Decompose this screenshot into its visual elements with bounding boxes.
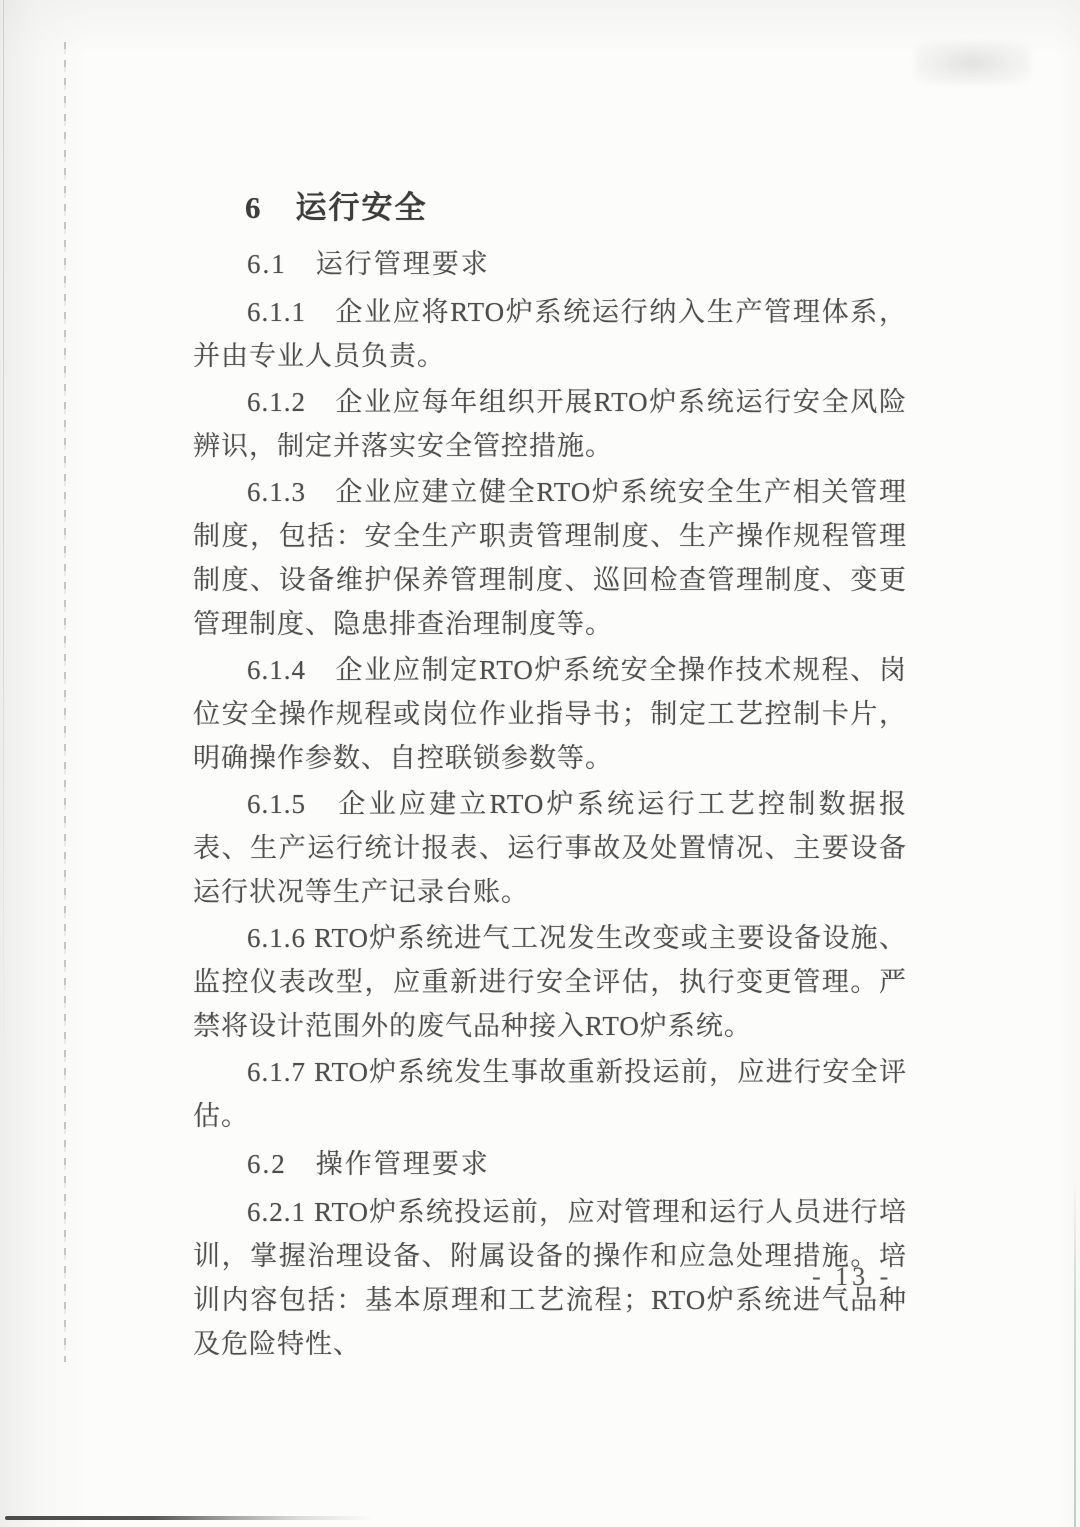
sub-heading: 6.2 操作管理要求 xyxy=(193,1142,907,1186)
sub-heading: 6.1 运行管理要求 xyxy=(193,242,907,286)
document-page: 6 运行安全 6.1 运行管理要求6.1.1 企业应将RTO炉系统运行纳入生产管… xyxy=(0,0,1080,1527)
scan-bottom-edge-line xyxy=(5,1516,373,1520)
paragraph-list: 6.1 运行管理要求6.1.1 企业应将RTO炉系统运行纳入生产管理体系，并由专… xyxy=(193,242,907,1366)
paragraph: 6.1.1 企业应将RTO炉系统运行纳入生产管理体系，并由专业人员负责。 xyxy=(193,290,907,378)
paragraph: 6.1.7 RTO炉系统发生事故重新投运前，应进行安全评估。 xyxy=(193,1050,907,1138)
document-content: 6 运行安全 6.1 运行管理要求6.1.1 企业应将RTO炉系统运行纳入生产管… xyxy=(193,186,907,1368)
scan-right-edge-line xyxy=(1074,1180,1076,1527)
scan-smudge-artifact xyxy=(915,42,1030,84)
paragraph: 6.1.6 RTO炉系统进气工况发生改变或主要设备设施、监控仪表改型，应重新进行… xyxy=(193,916,907,1048)
paragraph: 6.2.1 RTO炉系统投运前，应对管理和运行人员进行培训，掌握治理设备、附属设… xyxy=(193,1190,907,1366)
paragraph: 6.1.5 企业应建立RTO炉系统运行工艺控制数据报表、生产运行统计报表、运行事… xyxy=(193,782,907,914)
paragraph: 6.1.3 企业应建立健全RTO炉系统安全生产相关管理制度，包括：安全生产职责管… xyxy=(193,470,907,646)
paragraph: 6.1.2 企业应每年组织开展RTO炉系统运行安全风险辨识，制定并落实安全管控措… xyxy=(193,380,907,468)
scan-left-edge-line xyxy=(3,0,4,1090)
section-heading: 6 运行安全 xyxy=(193,186,907,230)
paragraph: 6.1.4 企业应制定RTO炉系统安全操作技术规程、岗位安全操作规程或岗位作业指… xyxy=(193,648,907,780)
page-number: - 13 - xyxy=(812,1262,892,1292)
scan-dashed-margin-line xyxy=(64,42,66,1362)
